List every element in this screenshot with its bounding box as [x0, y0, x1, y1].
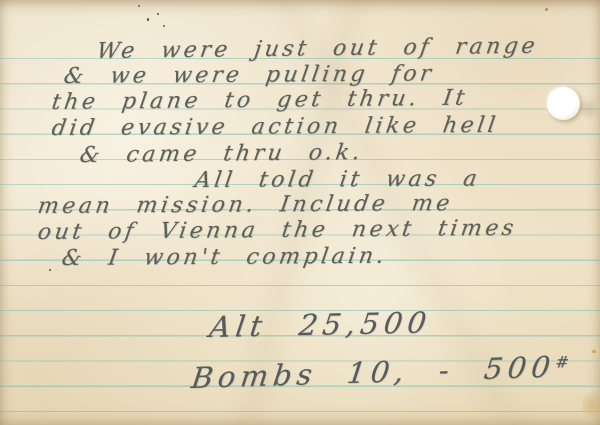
- handwriting-line: & I won't complain.: [60, 244, 389, 271]
- paper-speck: [147, 18, 149, 21]
- handwriting-line: out of Vienna the next times: [36, 216, 519, 245]
- corner-stain: [582, 388, 600, 422]
- paper-speck: [545, 8, 548, 11]
- paper-speck: [138, 5, 140, 7]
- paper-speck: [163, 25, 165, 27]
- paper-speck: [157, 13, 159, 15]
- handwriting-line: did evasive action like hell: [50, 113, 500, 141]
- handwriting-line: mean mission. Include me: [36, 191, 455, 219]
- scanned-note: We were just out of range & we were pull…: [0, 0, 600, 425]
- paper-speck: [49, 269, 51, 271]
- altitude-note: Alt 25,500: [208, 310, 433, 340]
- handwriting-line: the plane to get thru. It: [50, 86, 470, 115]
- handwriting-line: & we were pulling for: [62, 61, 436, 89]
- hole-punch-shadow: [578, 98, 600, 120]
- pound-weight-mark: #: [554, 352, 570, 371]
- handwriting-line: & came thru o.k.: [78, 140, 365, 168]
- handwriting-line: All told it was a: [193, 167, 482, 193]
- paper-speck: [592, 350, 596, 353]
- hole-punch: [547, 87, 580, 120]
